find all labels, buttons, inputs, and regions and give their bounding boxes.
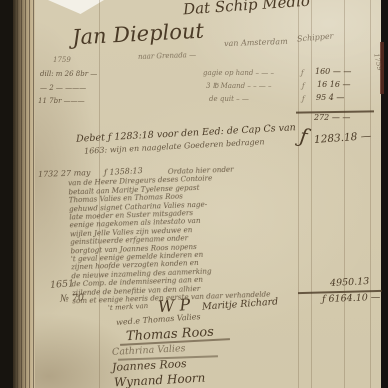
entry-paragraph: Ordato hier onder van de Heere Diregeurs… <box>68 163 325 306</box>
row-date: — 2 — ——— <box>40 84 86 92</box>
grand-total-amount: ƒ 6164.10 — <box>322 292 381 305</box>
row-desc: 3 ℔ Maand – – — – <box>206 82 272 90</box>
book-binding-edge <box>0 0 13 388</box>
page-number: № 70 <box>60 292 85 304</box>
row-desc: de quit – — <box>209 95 249 103</box>
row-amount: 160 — — <box>315 67 351 76</box>
row-desc: gagie op hand – — – <box>203 69 274 77</box>
folio-number: 1651 <box>50 278 75 291</box>
row-date: dill: m 26 8br — <box>40 70 97 78</box>
total-amount: 272 — — <box>314 113 350 122</box>
ledger-line <box>370 0 371 388</box>
florin-mark: ƒ <box>302 95 305 103</box>
row-amount: 95 4 — <box>316 93 344 102</box>
ledger-line <box>344 0 345 388</box>
florin-mark: ƒ <box>301 69 304 77</box>
subtotal-amount: 4950.13 <box>330 276 370 289</box>
florin-mark: ƒ <box>302 82 305 90</box>
manuscript-scan: Dat Schip Medio Jan Dieplout van Amsterd… <box>0 0 388 388</box>
stacked-page-edges <box>13 0 35 388</box>
row-amount: 16 16 — <box>317 80 350 89</box>
row-date: 11 7br ——— <box>38 97 85 105</box>
margin-year-left: 1759 <box>53 56 71 64</box>
